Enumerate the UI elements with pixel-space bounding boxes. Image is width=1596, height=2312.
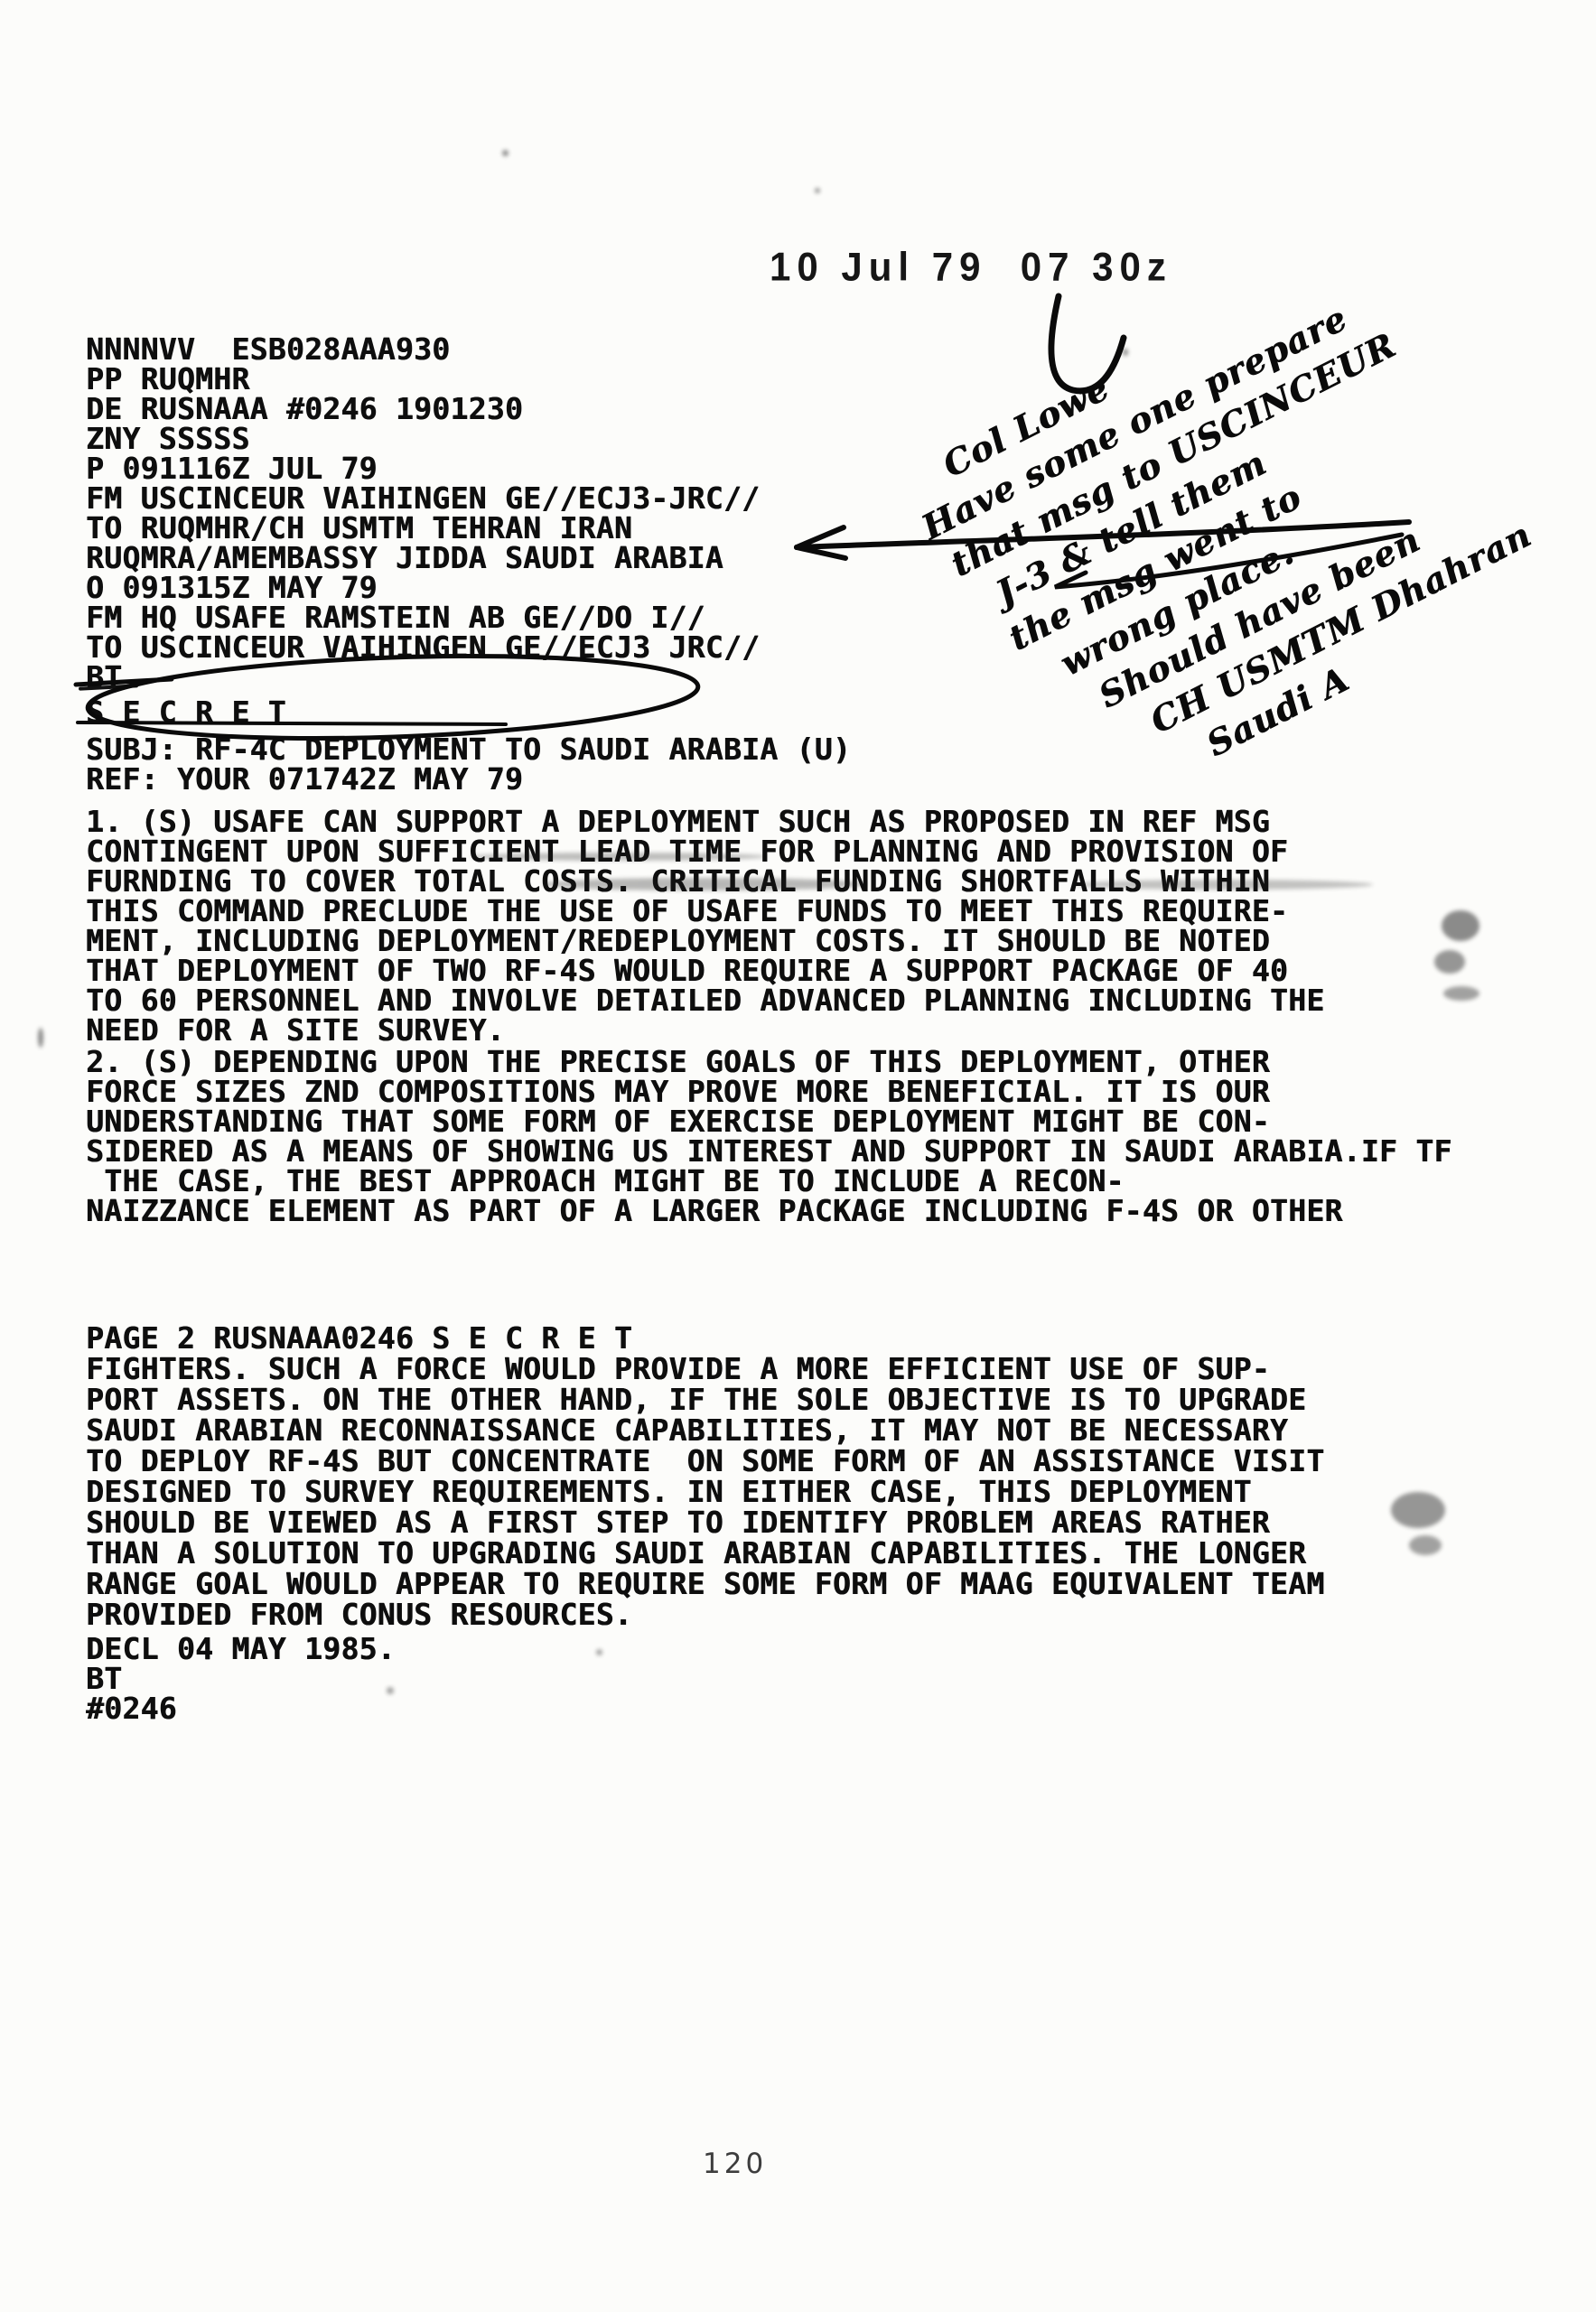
ink-smudge — [815, 188, 820, 193]
body-line: FIGHTERS. SUCH A FORCE WOULD PROVIDE A M… — [86, 1354, 1549, 1384]
body-line: SIDERED AS A MEANS OF SHOWING US INTERES… — [86, 1136, 1549, 1166]
ink-smudge — [1075, 880, 1373, 890]
serial-line: #0246 — [86, 1693, 1549, 1723]
ink-smudge — [1123, 349, 1128, 356]
body-line: THE CASE, THE BEST APPROACH MIGHT BE TO … — [86, 1166, 1549, 1196]
scanned-telegram-page: 10 Jul 79 07 30z NNNNVV ESB028AAA930 PP … — [0, 0, 1596, 2312]
body-line: THAN A SOLUTION TO UPGRADING SAUDI ARABI… — [86, 1538, 1549, 1569]
reference-line: REF: YOUR 071742Z MAY 79 — [86, 764, 1549, 794]
body-line: SAUDI ARABIAN RECONNAISSANCE CAPABILITIE… — [86, 1415, 1549, 1446]
ink-smudge — [38, 1028, 43, 1048]
body-line: 1. (S) USAFE CAN SUPPORT A DEPLOYMENT SU… — [86, 806, 1549, 836]
body-line: RANGE GOAL WOULD APPEAR TO REQUIRE SOME … — [86, 1569, 1549, 1599]
body-line: CONTINGENT UPON SUFFICIENT LEAD TIME FOR… — [86, 836, 1549, 866]
body-line: MENT, INCLUDING DEPLOYMENT/REDEPLOYMENT … — [86, 926, 1549, 956]
body-line: PORT ASSETS. ON THE OTHER HAND, IF THE S… — [86, 1384, 1549, 1415]
ink-smudge — [542, 878, 867, 890]
ink-smudge — [502, 150, 509, 156]
ink-smudge — [596, 1649, 602, 1655]
decl-line: DECL 04 MAY 1985. — [86, 1634, 1549, 1664]
body-line: UNDERSTANDING THAT SOME FORM OF EXERCISE… — [86, 1106, 1549, 1136]
body-line: THAT DEPLOYMENT OF TWO RF-4S WOULD REQUI… — [86, 956, 1549, 985]
body-line: 2. (S) DEPENDING UPON THE PRECISE GOALS … — [86, 1047, 1549, 1077]
subject-line: SUBJ: RF-4C DEPLOYMENT TO SAUDI ARABIA (… — [86, 734, 1549, 764]
footer-section: DECL 04 MAY 1985. BT #0246 — [86, 1634, 1549, 1723]
ink-smudge — [387, 1687, 394, 1694]
body-line: PROVIDED FROM CONUS RESOURCES. — [86, 1599, 1549, 1630]
ink-smudge — [1443, 986, 1479, 1001]
body-line: SHOULD BE VIEWED AS A FIRST STEP TO IDEN… — [86, 1507, 1549, 1538]
body-line: FORCE SIZES ZND COMPOSITIONS MAY PROVE M… — [86, 1077, 1549, 1106]
ink-smudge — [470, 853, 768, 861]
paragraph-1: 1. (S) USAFE CAN SUPPORT A DEPLOYMENT SU… — [86, 806, 1549, 1045]
body-line: NEED FOR A SITE SURVEY. — [86, 1015, 1549, 1045]
page2-header-line: PAGE 2 RUSNAAA0246 S E C R E T — [86, 1323, 1549, 1354]
body-line: DESIGNED TO SURVEY REQUIREMENTS. IN EITH… — [86, 1477, 1549, 1507]
page-2-section: PAGE 2 RUSNAAA0246 S E C R E T FIGHTERS.… — [86, 1323, 1549, 1630]
bt-marker: BT — [86, 1664, 1549, 1693]
body-line: THIS COMMAND PRECLUDE THE USE OF USAFE F… — [86, 896, 1549, 926]
body-line: TO DEPLOY RF-4S BUT CONCENTRATE ON SOME … — [86, 1446, 1549, 1477]
ink-smudge — [1391, 1492, 1445, 1528]
paragraph-2: 2. (S) DEPENDING UPON THE PRECISE GOALS … — [86, 1047, 1549, 1226]
date-time-stamp: 10 Jul 79 07 30z — [770, 245, 1172, 290]
page-number: 120 — [703, 2148, 767, 2180]
body-line: NAIZZANCE ELEMENT AS PART OF A LARGER PA… — [86, 1196, 1549, 1226]
ink-smudge — [1434, 950, 1465, 974]
ink-smudge — [1409, 1535, 1442, 1555]
body-line: TO 60 PERSONNEL AND INVOLVE DETAILED ADV… — [86, 985, 1549, 1015]
ink-smudge — [1442, 910, 1479, 941]
